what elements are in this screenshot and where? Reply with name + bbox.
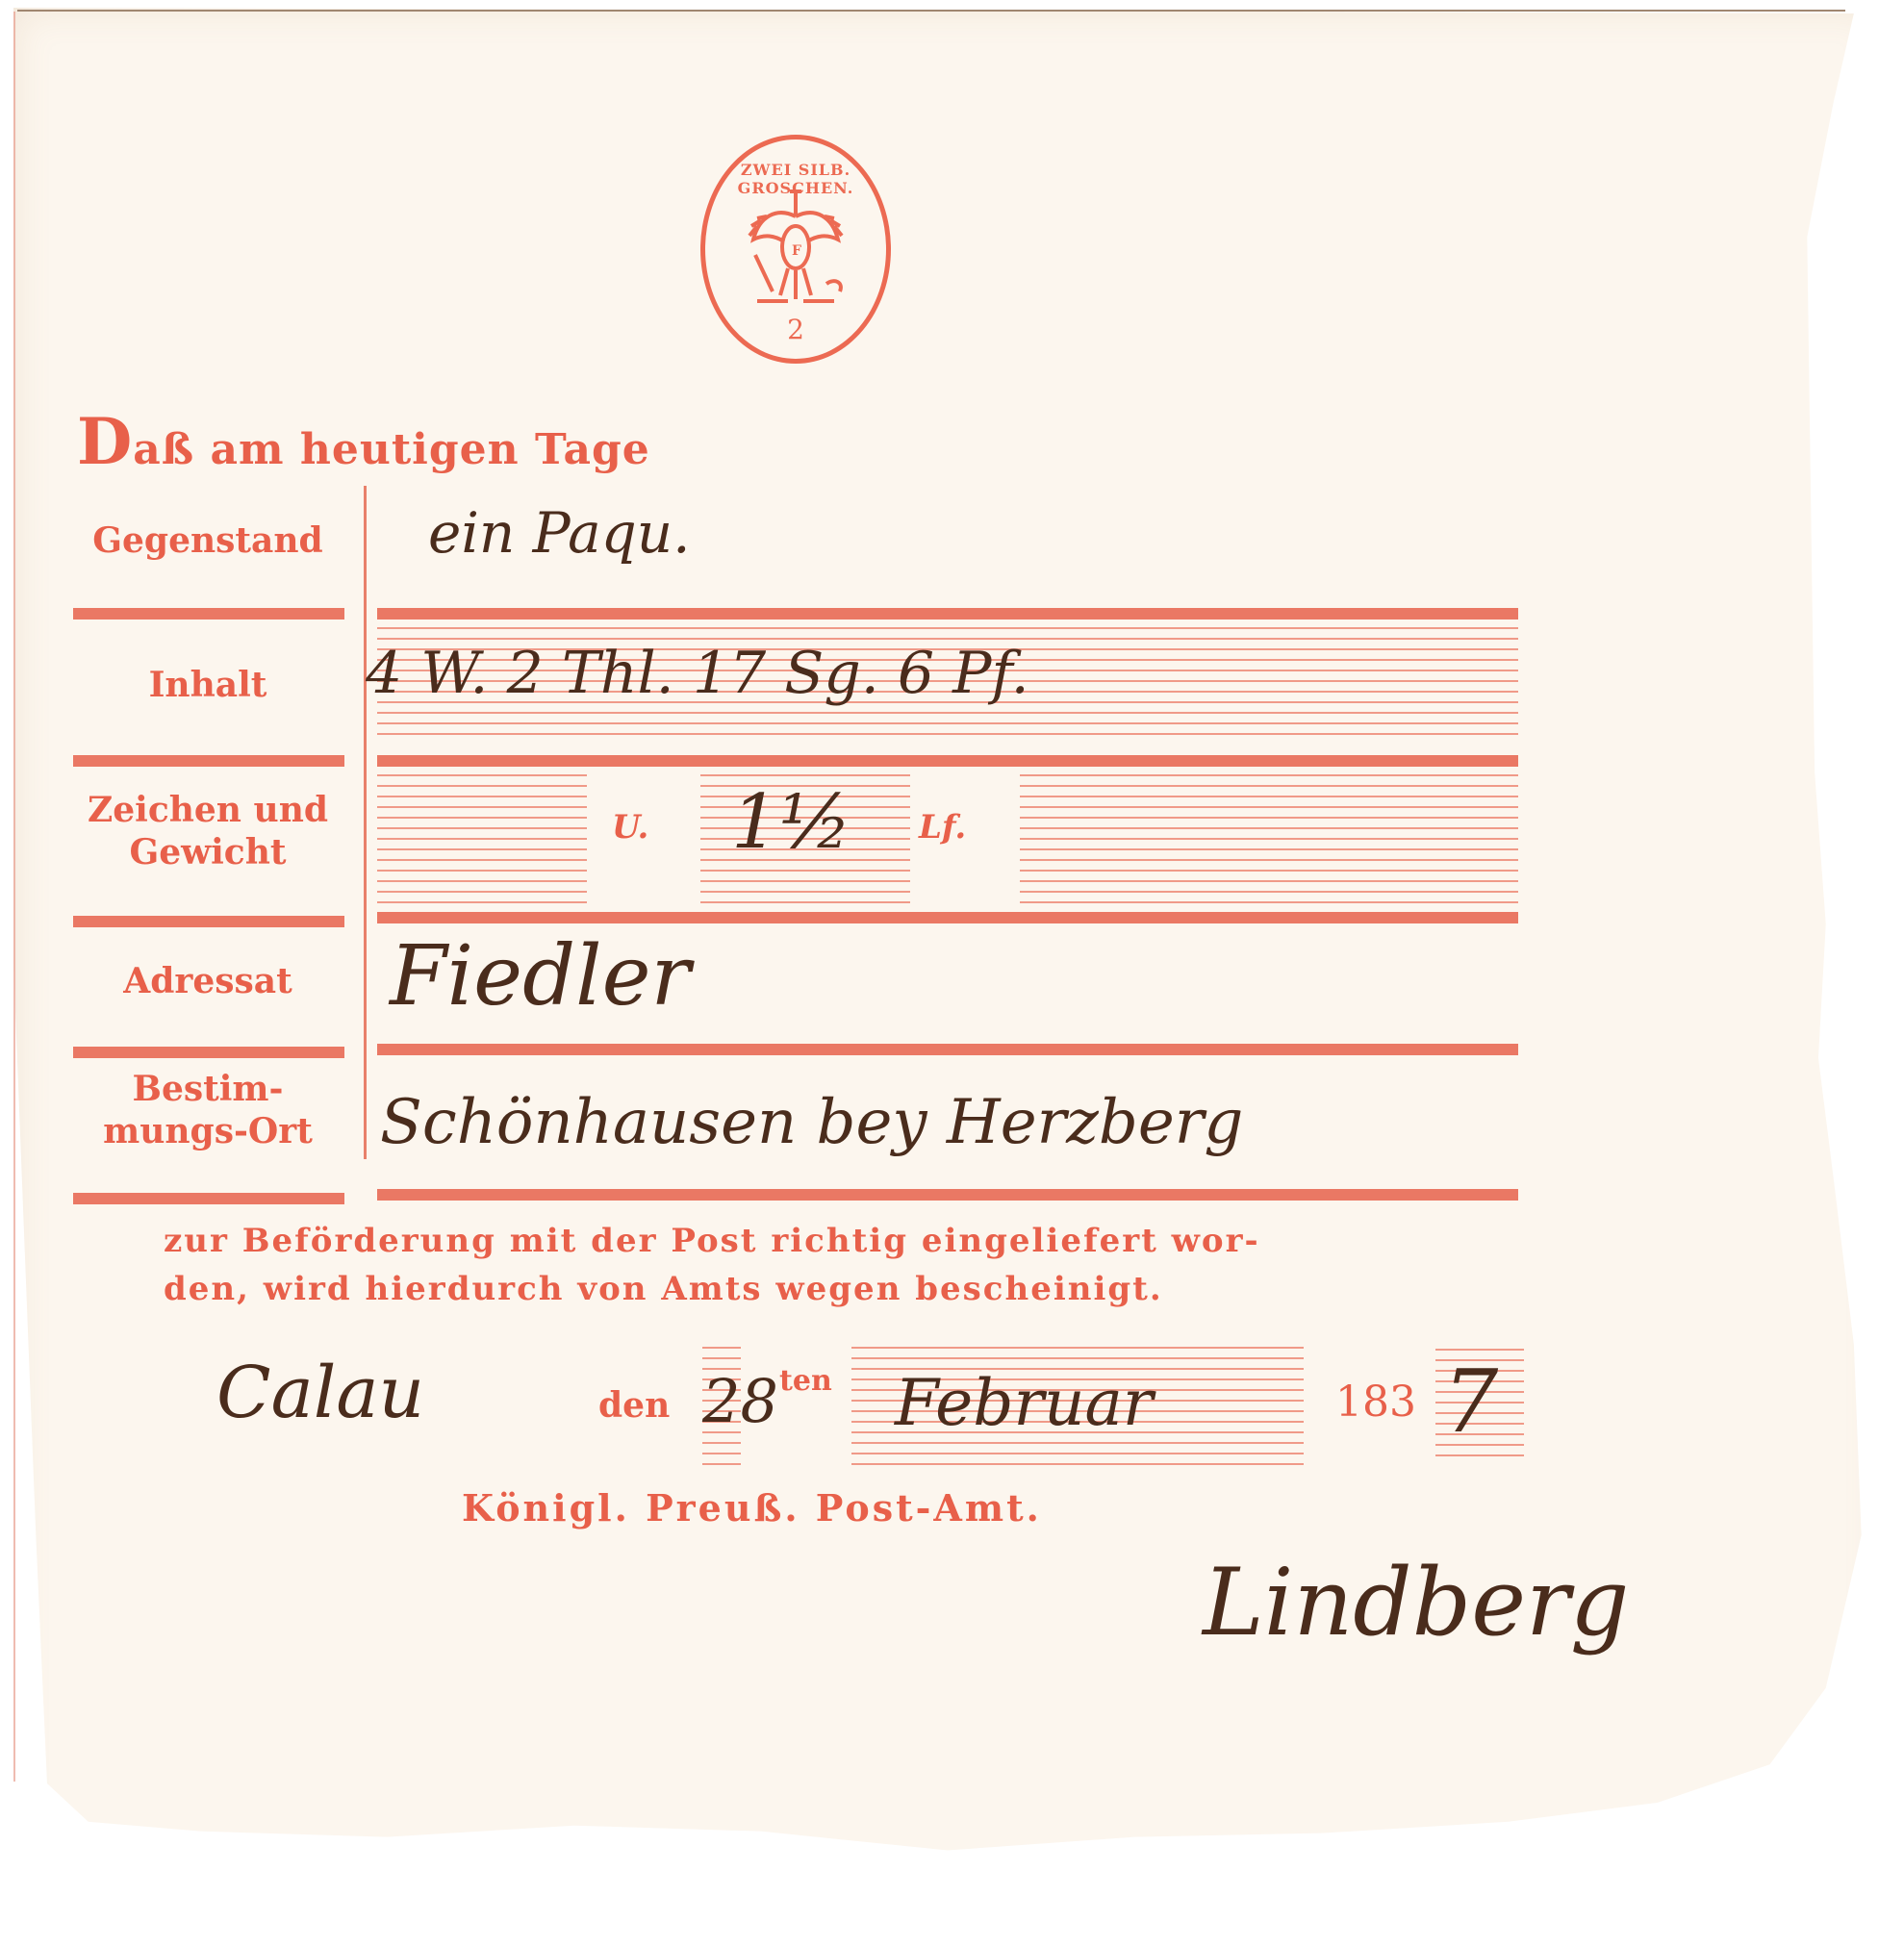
value-gegenstand: ein Paqu. (428, 500, 691, 566)
certification-line-2: den, wird hierdurch von Amts wegen besch… (164, 1270, 1414, 1308)
value-bestimmungsort: Schönhausen bey Herzberg (380, 1087, 1243, 1158)
intro-text: aß am heutigen Tage (133, 425, 650, 474)
label-adressat: Adressat (73, 960, 343, 1002)
intro-heading: Daß am heutigen Tage (77, 404, 650, 479)
row-divider (73, 1047, 344, 1058)
margin-rule (13, 12, 15, 1782)
label-bestimmungsort: Bestim- mungs-Ort (73, 1068, 343, 1152)
row-divider (377, 755, 1518, 767)
row-divider (377, 1044, 1518, 1055)
unit-u: U. (612, 808, 648, 847)
date-day: 28 (702, 1366, 778, 1436)
date-month: Februar (895, 1366, 1153, 1440)
label-gegenstand: Gegenstand (73, 519, 343, 562)
label-inhalt: Inhalt (73, 664, 343, 706)
intro-capital: D (77, 404, 133, 479)
paper-edge (17, 10, 1845, 12)
official-signature: Lindberg (1203, 1549, 1629, 1656)
date-place: Calau (216, 1352, 424, 1434)
date-year-digit: 7 (1443, 1352, 1498, 1453)
row-divider (377, 912, 1518, 923)
date-day-suffix: ten (779, 1364, 832, 1398)
prussian-eagle-icon: F (738, 178, 853, 313)
date-den: den (598, 1385, 670, 1426)
row-divider (377, 1189, 1518, 1201)
value-inhalt: 4 W. 2 Thl. 17 Sg. 6 Pf. (366, 640, 1029, 707)
zeichen-hatch (377, 774, 587, 909)
svg-text:F: F (792, 243, 801, 259)
post-office-name: Königl. Preuß. Post-Amt. (462, 1486, 1042, 1530)
value-weight: 1½ (731, 779, 851, 866)
unit-lf: Lf. (919, 808, 966, 847)
value-adressat: Fiedler (390, 928, 691, 1024)
label-zeichen-gewicht: Zeichen und Gewicht (73, 789, 343, 873)
column-separator (364, 486, 367, 1159)
row-divider (73, 608, 344, 619)
postage-stamp-seal: ZWEI SILB. GROSCHEN. F 2 (700, 135, 891, 364)
row-divider (377, 608, 1518, 619)
stamp-value: 2 (705, 314, 886, 345)
date-year-prefix: 183 (1335, 1378, 1416, 1427)
certification-line-1: zur Beförderung mit der Post richtig ein… (164, 1222, 1414, 1260)
row-divider (73, 755, 344, 767)
row-divider (73, 1193, 344, 1204)
right-hatch (1020, 774, 1518, 909)
row-divider (73, 916, 344, 927)
